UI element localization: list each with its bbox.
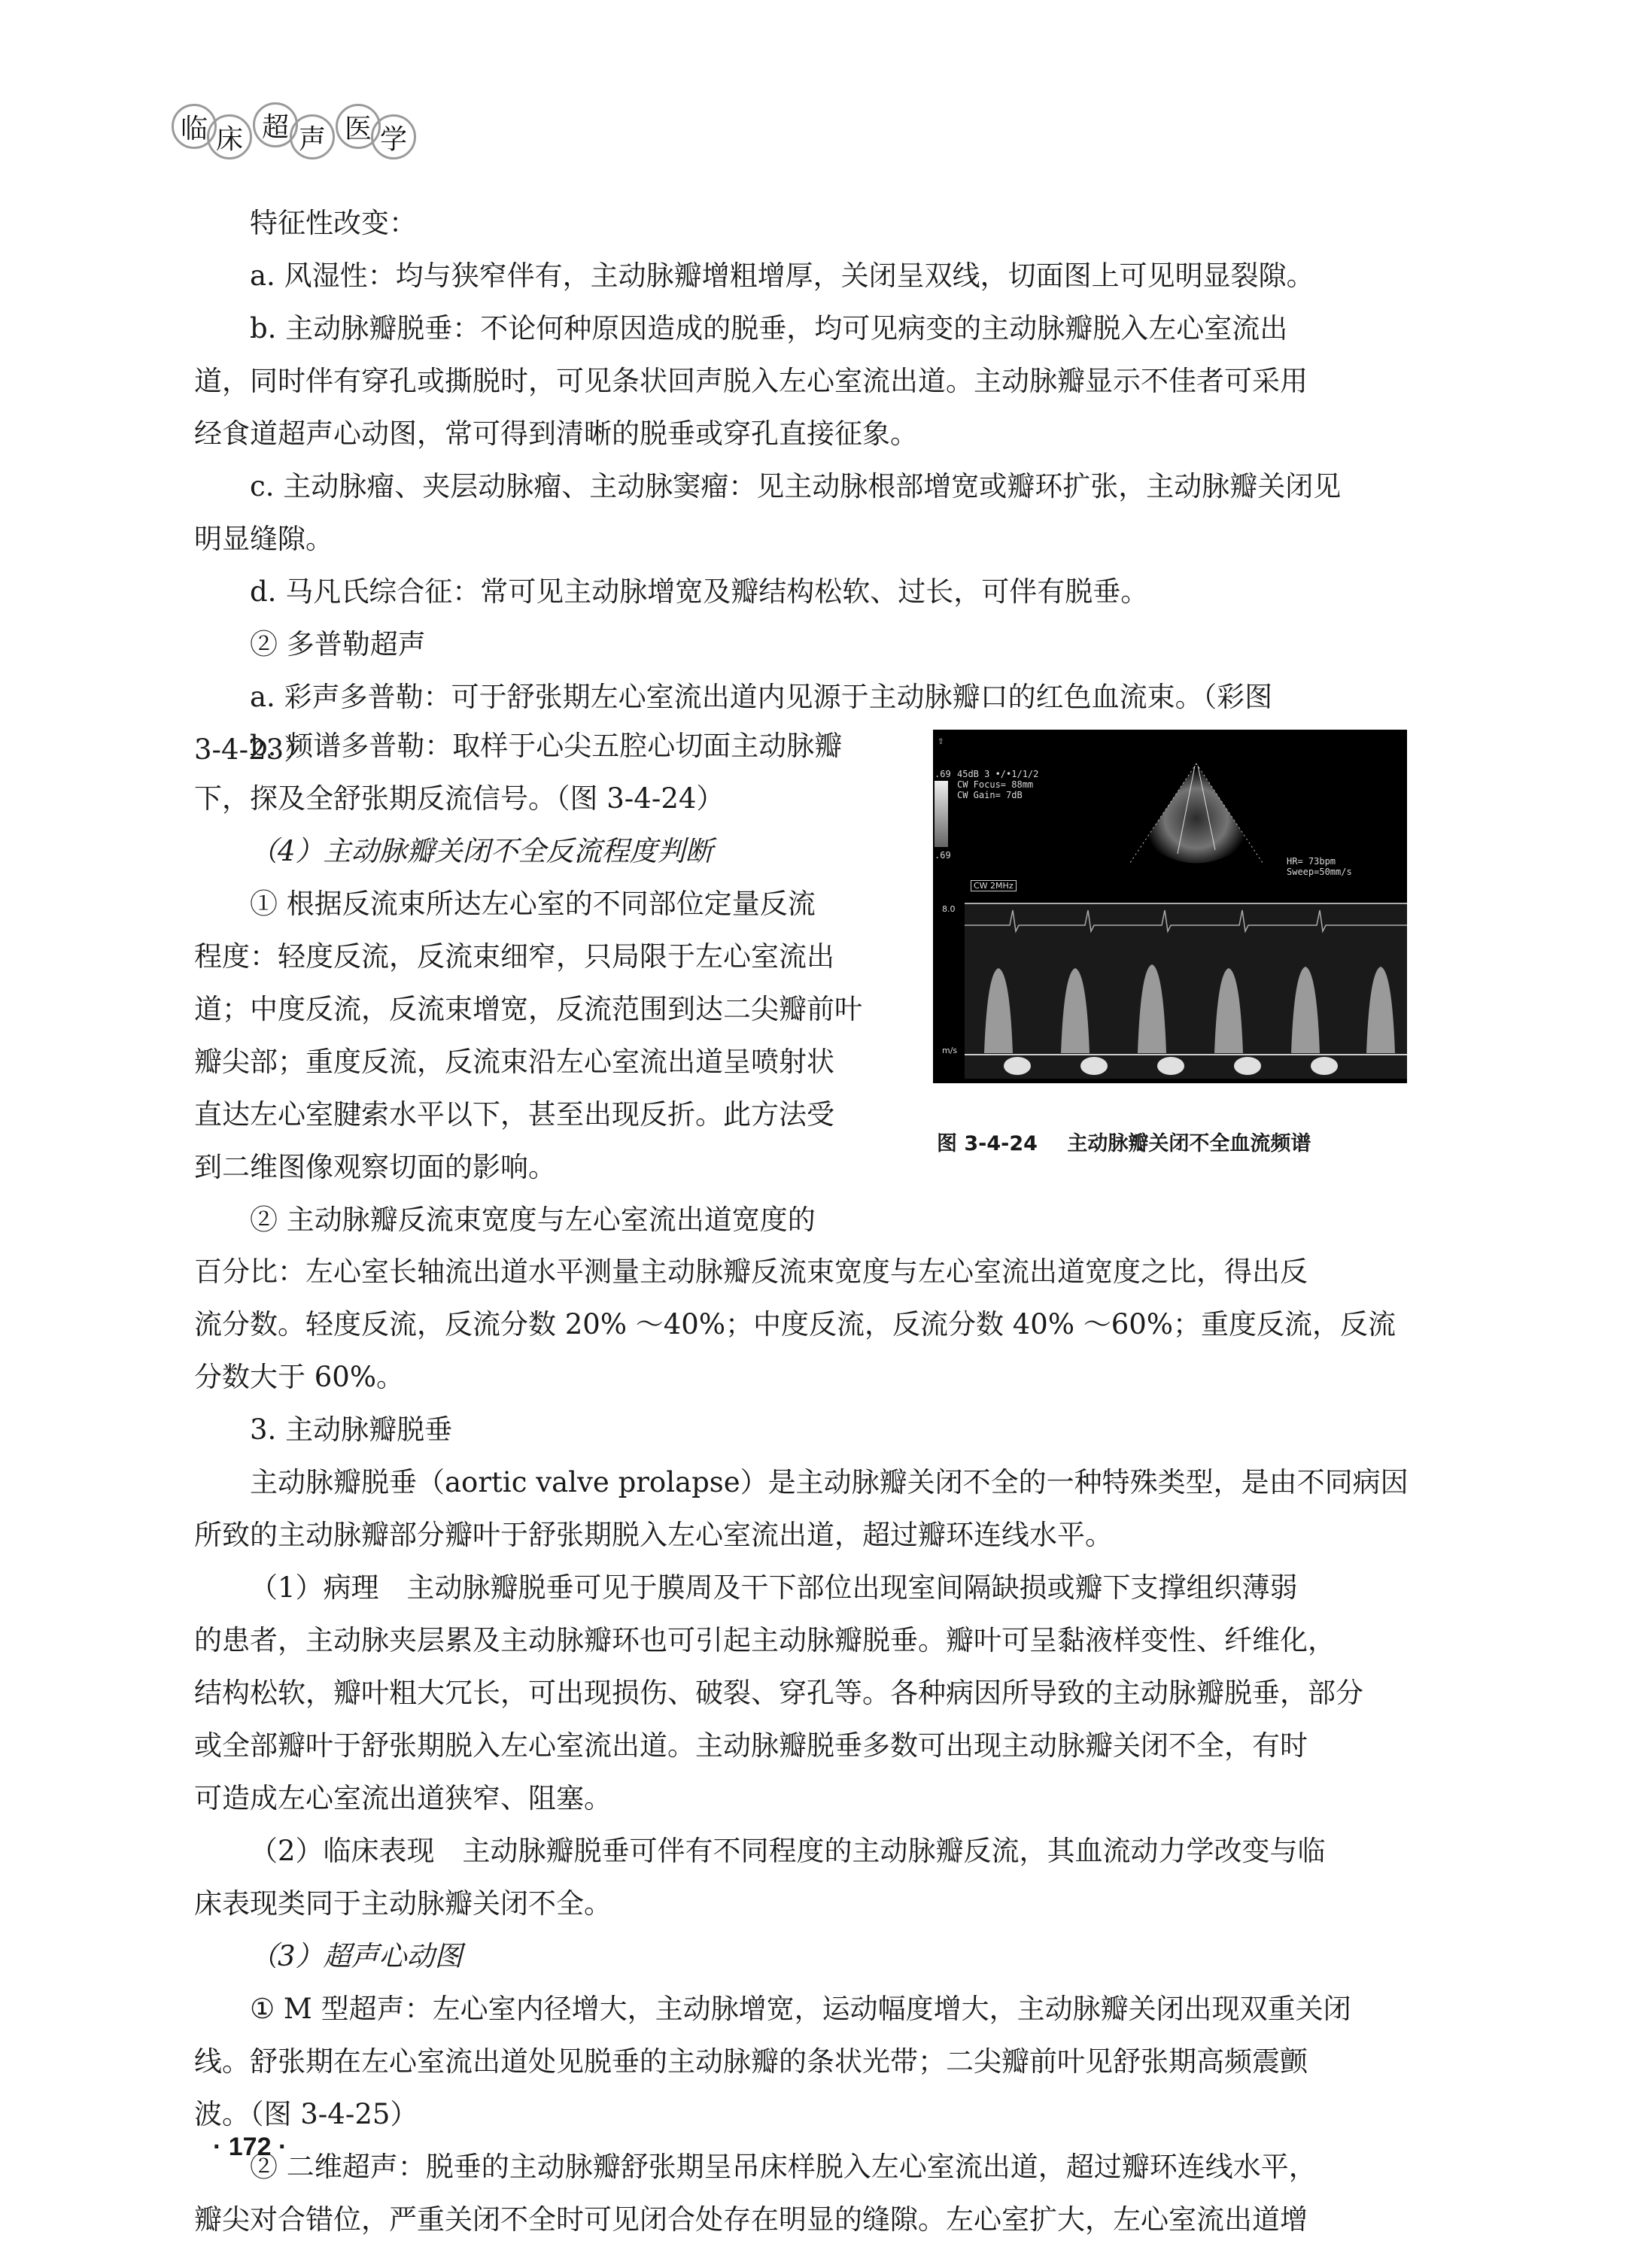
text-line: a. 彩声多普勒：可于舒张期左心室流出道内见源于主动脉瓣口的红色血流束。（彩图 <box>250 671 1441 724</box>
text-line: 或全部瓣叶于舒张期脱入左心室流出道。主动脉瓣脱垂多数可出现主动脉瓣关闭不全，有时 <box>194 1720 1441 1772</box>
text-line: 道，同时伴有穿孔或撕脱时，可见条状回声脱入左心室流出道。主动脉瓣显示不佳者可采用 <box>194 355 1441 408</box>
text-line: 床表现类同于主动脉瓣关闭不全。 <box>194 1878 1441 1930</box>
params-line: CW Focus= 88mm <box>957 779 1033 790</box>
text-line: 瓣尖部；重度反流，反流束沿左心室流出道呈喷射状 <box>194 1036 919 1088</box>
body-text-top: 特征性改变： a. 风湿性：均与狭窄伴有，主动脉瓣增粗增厚，关闭呈双线，切面图上… <box>250 197 1441 776</box>
text-line: 的患者，主动脉夹层累及主动脉瓣环也可引起主动脉瓣脱垂。瓣叶可呈黏液样变性、纤维化… <box>194 1614 1441 1667</box>
section-heading: （3）超声心动图 <box>250 1930 1441 1983</box>
text-line: a. 风湿性：均与狭窄伴有，主动脉瓣增粗增厚，关闭呈双线，切面图上可见明显裂隙。 <box>250 250 1441 302</box>
probe-orientation-icon: ⇧ <box>938 736 944 746</box>
text-line: 下，探及全舒张期反流信号。（图 3-4-24） <box>194 773 919 825</box>
text-line: 明显缝隙。 <box>194 513 1441 566</box>
text-line: 道；中度反流，反流束增宽，反流范围到达二尖瓣前叶 <box>194 983 919 1036</box>
logo-char: 学 <box>371 114 416 159</box>
section-heading: ② 多普勒超声 <box>250 618 1441 671</box>
spectral-doppler-trace <box>965 903 1407 1079</box>
logo-char: 声 <box>290 114 335 159</box>
text-line: ① M 型超声：左心室内径增大，主动脉增宽，运动幅度增大，主动脉瓣关闭出现双重关… <box>250 1983 1441 2036</box>
text-line: 分数大于 60%。 <box>194 1351 1441 1404</box>
body-text-bottom: 百分比：左心室长轴流出道水平测量主动脉瓣反流束宽度与左心室流出道宽度之比，得出反… <box>250 1246 1441 2246</box>
text-line: （2）临床表现 主动脉瓣脱垂可伴有不同程度的主动脉瓣反流，其血流动力学改变与临 <box>250 1825 1441 1878</box>
text-line: 所致的主动脉瓣部分瓣叶于舒张期脱入左心室流出道，超过瓣环连线水平。 <box>194 1509 1441 1562</box>
echo-2d-view: ⇧ .69 .69 45dB 3 •/•1/1/2 CW Focus= 88mm… <box>933 730 1407 891</box>
text-line: 线。舒张期在左心室流出道处见脱垂的主动脉瓣的条状光带；二尖瓣前叶见舒张期高频震颤 <box>194 2036 1441 2088</box>
figure-caption: 图 3-4-24 主动脉瓣关闭不全血流频谱 <box>937 1127 1311 1156</box>
text-line: 波。（图 3-4-25） <box>194 2088 1441 2141</box>
sweep-label: Sweep=50mm/s <box>1287 867 1352 877</box>
logo-char: 床 <box>207 114 252 159</box>
page-number: · 172 · <box>213 2133 287 2162</box>
text-line: b. 频谱多普勒：取样于心尖五腔心切面主动脉瓣 <box>250 720 919 773</box>
velocity-max-label: 8.0 <box>942 904 956 914</box>
figure-number: 图 3-4-24 <box>937 1132 1038 1155</box>
section-heading: 3. 主动脉瓣脱垂 <box>250 1404 1441 1456</box>
doppler-spectrum-figure: ⇧ .69 .69 45dB 3 •/•1/1/2 CW Focus= 88mm… <box>933 730 1407 1083</box>
text-line: 结构松软，瓣叶粗大冗长，可出现损伤、破裂、穿孔等。各种病因所导致的主动脉瓣脱垂，… <box>194 1667 1441 1720</box>
grayscale-bar <box>935 781 948 847</box>
text-line: 经食道超声心动图，常可得到清晰的脱垂或穿孔直接征象。 <box>194 408 1441 460</box>
text-line: 主动脉瓣脱垂（aortic valve prolapse）是主动脉瓣关闭不全的一… <box>250 1456 1441 1509</box>
figure-title: 主动脉瓣关闭不全血流频谱 <box>1067 1132 1311 1155</box>
params-line: CW Gain= 7dB <box>957 790 1023 800</box>
text-line: ② 二维超声：脱垂的主动脉瓣舒张期呈吊床样脱入左心室流出道，超过瓣环连线水平， <box>250 2141 1441 2194</box>
text-line: 流分数。轻度反流，反流分数 20% ～40%；中度反流，反流分数 40% ～60… <box>194 1298 1441 1351</box>
sector-image <box>1129 760 1264 873</box>
scale-top-label: .69 <box>935 769 951 779</box>
text-line: d. 马凡氏综合征：常可见主动脉增宽及瓣结构松软、过长，可伴有脱垂。 <box>250 566 1441 618</box>
text-line: 可造成左心室流出道狭窄、阻塞。 <box>194 1772 1441 1825</box>
text-line: 直达左心室腱索水平以下，甚至出现反折。此方法受 <box>194 1088 919 1141</box>
text-line: 瓣尖对合错位，严重关闭不全时可见闭合处存在明显的缝隙。左心室扩大，左心室流出道增 <box>194 2194 1441 2246</box>
heart-rate-label: HR= 73bpm <box>1287 856 1336 867</box>
mode-badge: CW 2MHz <box>971 880 1017 891</box>
body-text-narrow: b. 频谱多普勒：取样于心尖五腔心切面主动脉瓣 下，探及全舒张期反流信号。（图 … <box>250 720 919 1246</box>
section-heading: （4）主动脉瓣关闭不全反流程度判断 <box>250 825 919 878</box>
scale-bottom-label: .69 <box>935 850 951 861</box>
text-line: ① 根据反流束所达左心室的不同部位定量反流 <box>250 878 919 931</box>
text-line: 到二维图像观察切面的影响。 <box>194 1141 919 1194</box>
text-line: 特征性改变： <box>250 197 1441 250</box>
params-line: 45dB 3 •/•1/1/2 <box>957 769 1038 779</box>
velocity-unit-label: m/s <box>942 1046 957 1055</box>
text-line: （1）病理 主动脉瓣脱垂可见于膜周及干下部位出现室间隔缺损或瓣下支撑组织薄弱 <box>250 1562 1441 1614</box>
text-line: 百分比：左心室长轴流出道水平测量主动脉瓣反流束宽度与左心室流出道宽度之比，得出反 <box>194 1246 1441 1298</box>
spectral-waveform <box>965 904 1407 1079</box>
text-line: b. 主动脉瓣脱垂：不论何种原因造成的脱垂，均可见病变的主动脉瓣脱入左心室流出 <box>250 302 1441 355</box>
header-logo: 临 床 超 声 医 学 <box>172 104 457 164</box>
text-line: c. 主动脉瘤、夹层动脉瘤、主动脉窦瘤：见主动脉根部增宽或瓣环扩张，主动脉瓣关闭… <box>250 460 1441 513</box>
text-line: ② 主动脉瓣反流束宽度与左心室流出道宽度的 <box>250 1194 919 1246</box>
text-line: 程度：轻度反流，反流束细窄，只局限于左心室流出 <box>194 931 919 983</box>
